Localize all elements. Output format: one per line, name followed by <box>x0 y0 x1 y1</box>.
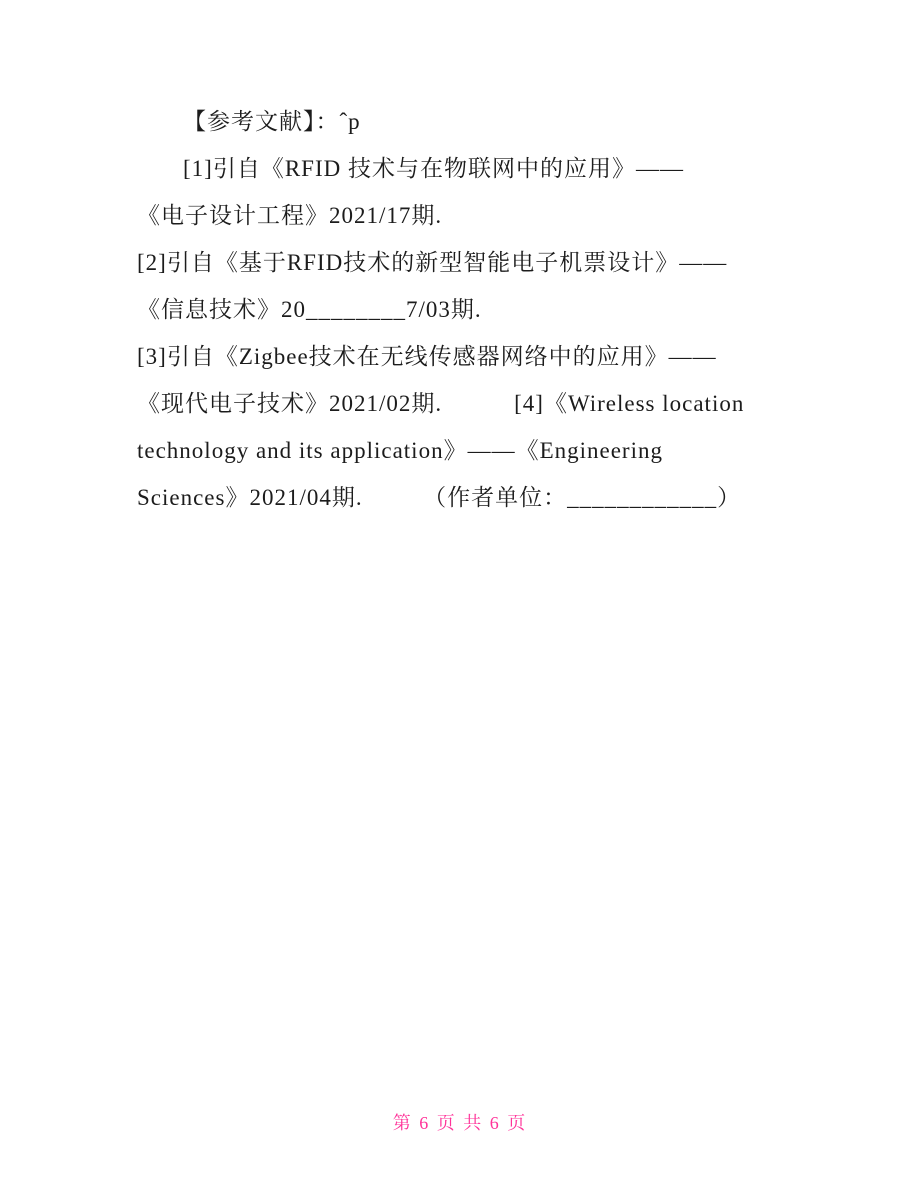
reference-4-line-b: technology and its application》——《Engine… <box>137 427 787 474</box>
page-number-indicator: 第 6 页 共 6 页 <box>393 1113 528 1133</box>
document-body: 【参考文献】：ˆp [1]引自《RFID 技术与在物联网中的应用》—— 《电子设… <box>137 98 787 521</box>
reference-2-line-b: 《信息技术》20________7/03期. <box>137 286 787 333</box>
page-footer: 第 6 页 共 6 页 <box>0 1109 920 1137</box>
document-page: 【参考文献】：ˆp [1]引自《RFID 技术与在物联网中的应用》—— 《电子设… <box>0 0 920 1191</box>
reference-1-line-a: [1]引自《RFID 技术与在物联网中的应用》—— <box>137 145 787 192</box>
references-heading-line: 【参考文献】：ˆp <box>137 98 787 145</box>
reference-3-line-a: [3]引自《Zigbee技术在无线传感器网络中的应用》—— <box>137 333 787 380</box>
reference-3-4-line: 《现代电子技术》2021/02期. [4]《Wireless location <box>137 380 787 427</box>
reference-4-author-line: Sciences》2021/04期. （作者单位：____________） <box>137 474 787 521</box>
reference-2-line-a: [2]引自《基于RFID技术的新型智能电子机票设计》—— <box>137 239 787 286</box>
reference-1-line-b: 《电子设计工程》2021/17期. <box>137 192 787 239</box>
